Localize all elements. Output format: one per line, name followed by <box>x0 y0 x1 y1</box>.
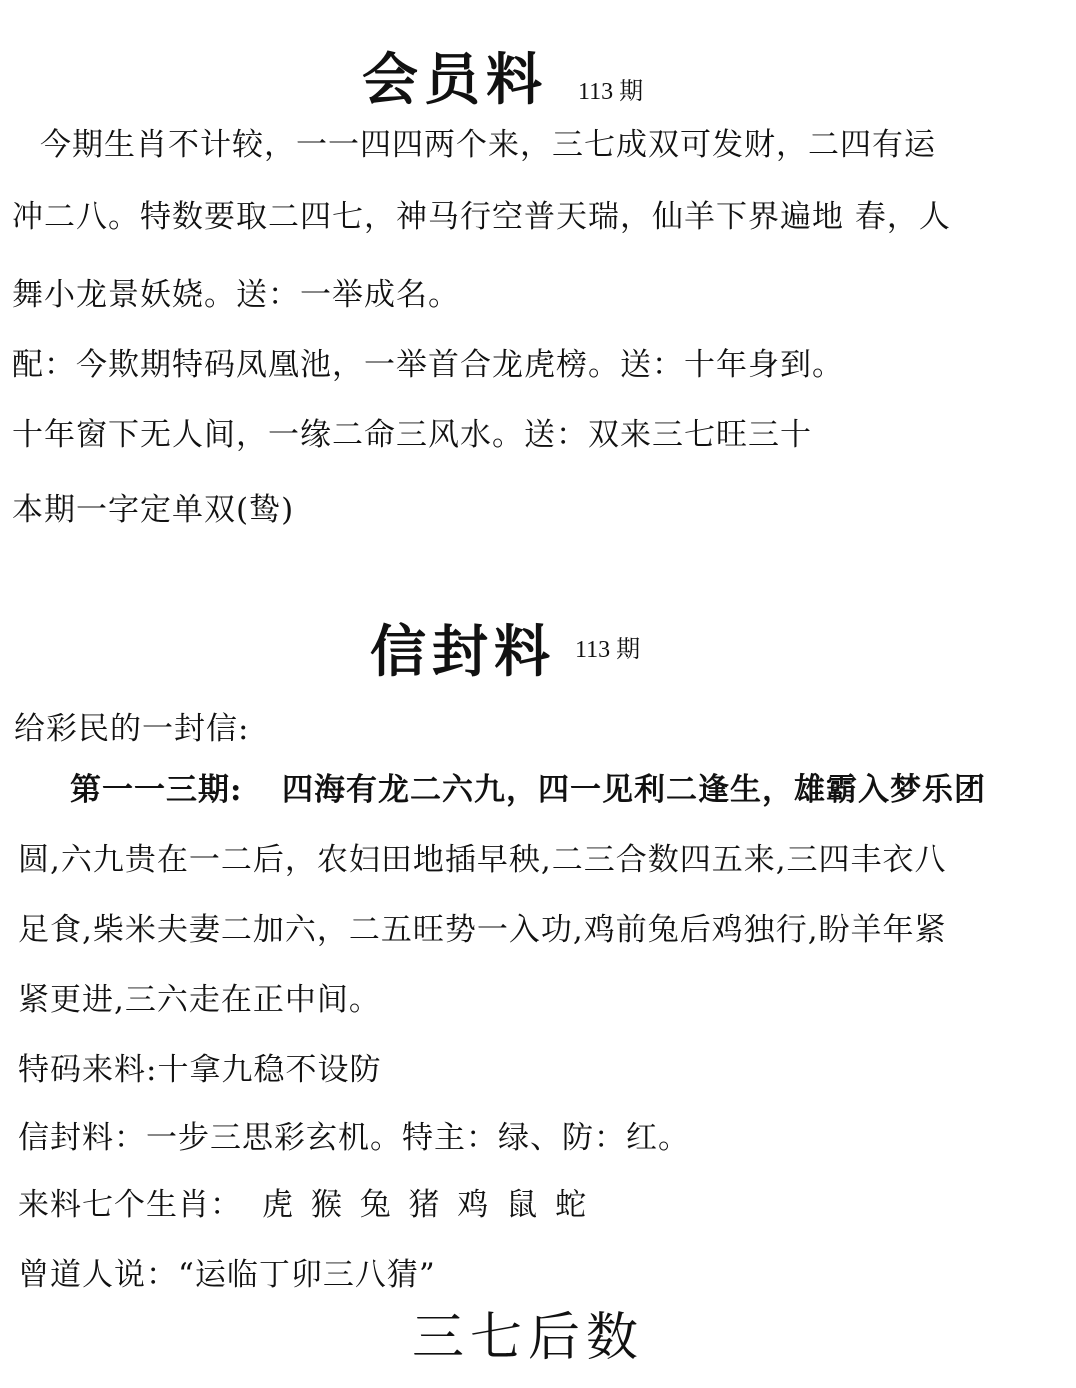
poem-line-1: 四海有龙二六九，四一见利二逢生，雄霸入梦乐团 <box>282 775 986 806</box>
section1-line-2: 冲二八。特数要取二四七，神马行空普天瑞，仙羊下界遍地 春，人 <box>12 202 951 233</box>
envelope-line: 信封料：一步三思彩玄机。特主：绿、防：红。 <box>18 1123 690 1154</box>
letter-greeting: 给彩民的一封信: <box>14 714 249 745</box>
section1-title: 会员料 <box>362 52 548 108</box>
section1-issue: 113 期 <box>578 80 643 104</box>
section1-line-1: 今期生肖不计较，一一四四两个来，三七成双可发财，二四有运 <box>40 130 936 161</box>
zodiacs-list: 虎 猴 兔 猪 鸡 鼠 蛇 <box>262 1190 590 1221</box>
poem-line-2: 圆,六九贵在一二后，农妇田地插早秧,二三合数四五来,三四丰衣八 <box>18 845 947 876</box>
poem-line-3: 足食,柴米夫妻二加六，二五旺势一入功,鸡前兔后鸡独行,盼羊年紧 <box>18 915 947 946</box>
zodiacs-label: 来料七个生肖： <box>18 1190 242 1221</box>
section1-line-6: 本期一字定单双(鸷) <box>12 495 294 526</box>
section2-issue: 113 期 <box>575 638 640 662</box>
section1-line-5: 十年窗下无人间，一缘二命三风水。送：双来三七旺三十 <box>12 420 812 451</box>
section1-line-4: 配：今欺期特码凤凰池，一举首合龙虎榜。送：十年身到。 <box>12 350 844 381</box>
section2-title: 信封料 <box>370 624 556 680</box>
quote-line: 曾道人说：“运临丁卯三八猜” <box>18 1260 436 1291</box>
poem-line-4: 紧更进,三六走在正中间。 <box>18 985 381 1016</box>
special-code-line: 特码来料:十拿九稳不设防 <box>18 1055 381 1086</box>
footer-title: 三七后数 <box>412 1312 644 1364</box>
poem-label: 第一一三期: <box>70 775 242 806</box>
section1-line-3: 舞小龙景妖娆。送：一举成名。 <box>12 280 460 311</box>
